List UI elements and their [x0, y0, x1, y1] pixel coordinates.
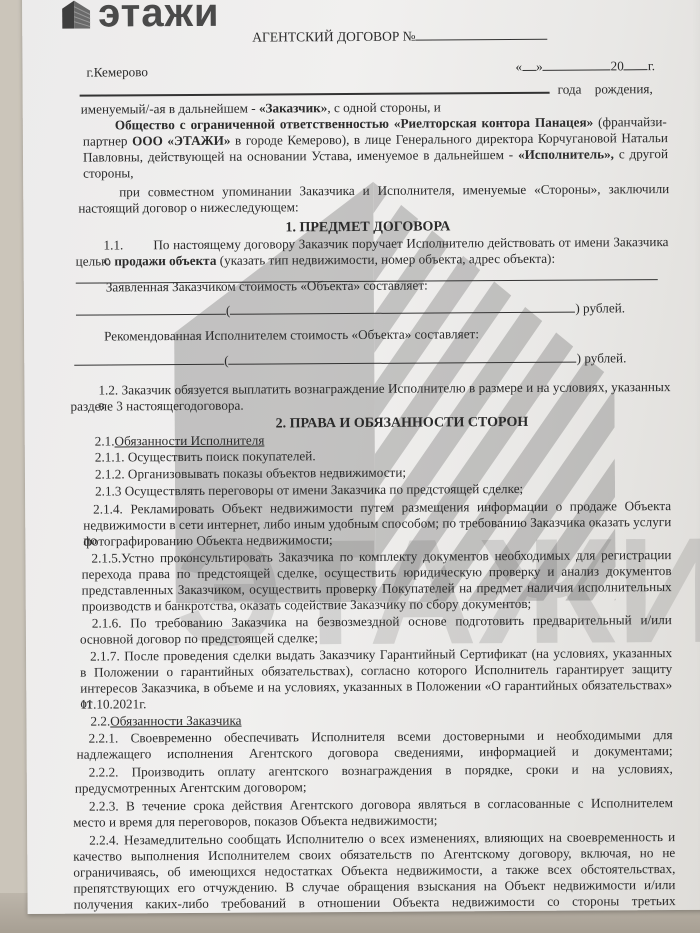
- org-line-3: Павловны, действующей на основании Устав…: [83, 146, 668, 165]
- subsection-title: Обязанности Исполнителя: [114, 433, 264, 449]
- executor-term: «Исполнитель»,: [518, 146, 614, 162]
- section-2-heading: 2. ПРАВА И ОБЯЗАННОСТИ СТОРОН: [276, 415, 529, 432]
- section-1-heading: 1. ПРЕДМЕТ ДОГОВОРА: [285, 219, 450, 235]
- declared-price-label: Заявленная Заказчиком стоимость «Объекта…: [106, 278, 428, 295]
- clause-line: 2.1.1. Осуществить поиск покупателей.: [95, 448, 316, 464]
- customer-term: «Заказчик»: [259, 100, 327, 115]
- text: (указать тип недвижимости, номер объекта…: [216, 251, 555, 268]
- year-prefix: 20: [611, 58, 624, 73]
- text: , с одной стороны, и: [327, 99, 441, 115]
- parties-line-2: настоящий договор о нижеследующем:: [78, 199, 298, 215]
- recommended-price-words-field[interactable]: [229, 361, 577, 365]
- text: целью: [76, 253, 115, 268]
- clause-line: 2.1.6. По требованию Заказчика на безвоз…: [92, 612, 672, 631]
- birth-year-label: года рождения,: [558, 81, 653, 97]
- clause-line: основной договор по предстоящей сделке;: [80, 630, 318, 646]
- paren: (: [224, 353, 228, 368]
- title-text: АГЕНТСКИЙ ДОГОВОР №: [252, 29, 415, 45]
- clause-line: 2.2.2. Производить оплату агентского воз…: [89, 761, 673, 780]
- clause-line: производств и банкротства, оказать содей…: [82, 596, 532, 614]
- clause-number: 1.1.: [103, 237, 123, 252]
- recommended-price-row: () рублей.: [74, 350, 626, 368]
- contract-page: ЭТАЖИ этажи АГЕНТСКИЙ ДОГОВОР № г.Кемеро…: [22, 0, 700, 914]
- subsection-number: 2.1.: [95, 433, 115, 448]
- text: в городе Кемерово), в лице Генерального …: [230, 130, 667, 148]
- clause-line: предусмотренных Агентским договором;: [75, 779, 307, 795]
- clause-line: 2.2.3. В течение срока действия Агентско…: [89, 795, 673, 814]
- contract-title: АГЕНТСКИЙ ДОГОВОР №: [252, 28, 547, 45]
- clause-line: 2.1.2. Организовывать показы объектов не…: [95, 465, 406, 482]
- declared-price-number-field[interactable]: [76, 313, 226, 316]
- text: партнер: [83, 133, 132, 148]
- month-field[interactable]: [543, 68, 611, 70]
- org-name: Общество с ограниченной ответственностью…: [115, 115, 593, 133]
- clause-line: 2.1.3 Осуществлять переговоры от имени З…: [95, 481, 523, 499]
- customer-designation: именуемый/-ая в дальнейшем - «Заказчик»,…: [81, 99, 441, 116]
- subsection-title: Обязанности Заказчика: [110, 713, 241, 729]
- subsection-2-2-title: 2.2.Обязанности Заказчика: [90, 713, 241, 729]
- clause-line: место и время для переговоров, показов О…: [73, 812, 437, 829]
- date-quote-close: »: [536, 59, 543, 74]
- day-field[interactable]: [522, 69, 536, 71]
- text: (франчайзи-: [593, 114, 667, 129]
- subsection-2-1-title: 2.1.Обязанности Исполнителя: [95, 433, 265, 449]
- sale-term: продажи объекта: [114, 253, 216, 269]
- customer-name-line: года рождения,: [80, 81, 668, 100]
- declared-price-words-field[interactable]: [230, 311, 575, 315]
- contract-number-field[interactable]: [416, 38, 548, 41]
- page-edge-shade: [692, 0, 700, 910]
- text: Павловны, действующей на основании Устав…: [83, 147, 518, 165]
- subsection-number: 2.2.: [90, 713, 110, 728]
- clause-line: надлежащего исполнения Агентского догово…: [77, 743, 673, 762]
- currency-label: ) рублей.: [575, 300, 625, 315]
- year-field[interactable]: [624, 68, 648, 70]
- franchisor-name: ООО «ЭТАЖИ»: [132, 133, 231, 149]
- date-field: «»20г.: [515, 58, 655, 74]
- clause-1-2-line-2: разделе 3 настоящегодоговора.: [70, 398, 243, 414]
- clause-line: получения каких-либо требований в отноше…: [74, 893, 676, 912]
- currency-label: ) рублей.: [577, 350, 627, 365]
- clause-line: представленных Заказчиком, осуществить п…: [82, 579, 672, 598]
- declared-price-row: () рублей.: [76, 300, 625, 318]
- logo-text: этажи: [98, 0, 220, 34]
- city-label: г.Кемерово: [86, 64, 148, 79]
- company-logo: этажи: [62, 0, 220, 34]
- clause-1-1-line-2: целью продажи объекта (указать тип недви…: [76, 251, 556, 269]
- org-line-4: стороны,: [83, 165, 134, 180]
- clause-line: фотографированию Объекта недвижимости;: [83, 532, 332, 549]
- parties-line-1: при совместном упоминании Заказчика и Ис…: [119, 181, 669, 199]
- customer-name-field[interactable]: [80, 91, 550, 97]
- recommended-price-number-field[interactable]: [74, 363, 224, 366]
- year-suffix: г.: [648, 58, 655, 73]
- paren: (: [226, 303, 230, 318]
- clause-line: 11.10.2021г.: [80, 696, 146, 711]
- text: именуемый/-ая в дальнейшем -: [81, 101, 259, 117]
- recommended-price-label: Рекомендованная Исполнителем стоимость «…: [104, 326, 479, 343]
- date-quote-open: «: [515, 59, 522, 74]
- clause-line: интересов Заказчика, в объеме и на услов…: [80, 677, 672, 711]
- building-logo-icon: [62, 0, 90, 29]
- text: с другой: [614, 146, 668, 161]
